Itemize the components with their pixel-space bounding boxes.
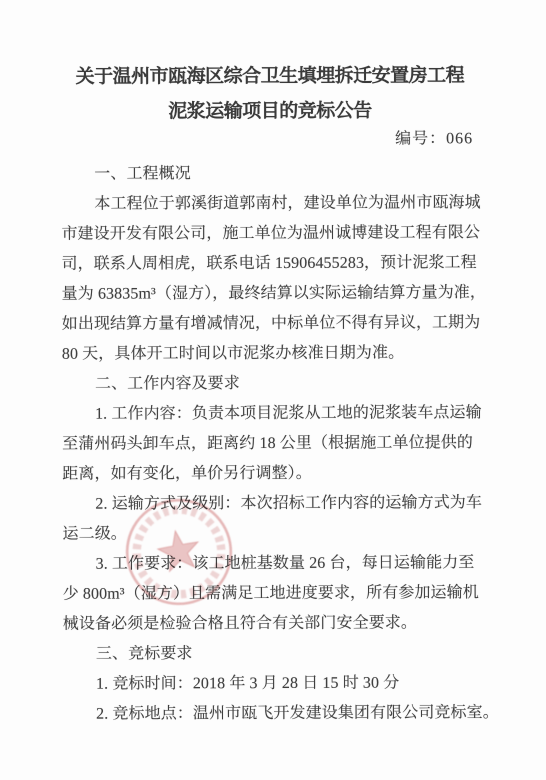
- document-content: 关于温州市瓯海区综合卫生填埋拆迁安置房工程 泥浆运输项目的竞标公告 编号：066…: [61, 63, 481, 729]
- text-line: 少 800m³（湿方）且需满足工地进度要求，所有参加运输机: [63, 578, 481, 609]
- text-line: 市建设开发有限公司，施工单位为温州诚博建设工程有限公: [61, 218, 479, 249]
- text-line: 司，联系人周相虎，联系电话 15906455283，预计泥浆工程: [61, 248, 479, 279]
- red-seal-icon: [115, 488, 242, 615]
- text-line: 械设备必须是检验合格且符合有关部门安全要求。: [63, 608, 481, 639]
- text-line: 量为 63835m³（湿方），最终结算以实际运输结算方量为准，: [62, 278, 480, 309]
- scanned-document-page: 关于温州市瓯海区综合卫生填埋拆迁安置房工程 泥浆运输项目的竞标公告 编号：066…: [0, 0, 546, 780]
- doc-title-line-2: 泥浆运输项目的竞标公告: [61, 98, 479, 125]
- section-1-heading: 一、工程概况: [61, 158, 479, 189]
- doc-number: 编号：066: [61, 128, 479, 151]
- text-line: 如出现结算方量有增减情况，中标单位不得有异议，工期为: [62, 308, 480, 339]
- section-3-heading: 三、竞标要求: [63, 638, 481, 669]
- text-line: 80 天，具体开工时间以市泥浆办核准日期为准。: [62, 338, 480, 369]
- document-body: 一、工程概况 本工程位于郭溪街道郭南村，建设单位为温州市瓯海城 市建设开发有限公…: [61, 158, 481, 729]
- text-line: 2. 竞标地点：温州市瓯飞开发建设集团有限公司竞标室。: [63, 698, 481, 729]
- star-icon: [156, 528, 202, 573]
- doc-title-line-1: 关于温州市瓯海区综合卫生填埋拆迁安置房工程: [61, 63, 479, 90]
- text-line: 至蒲州码头卸车点，距离约 18 公里（根据施工单位提供的: [62, 428, 480, 459]
- text-line: 1. 竞标时间：2018 年 3 月 28 日 15 时 30 分: [63, 668, 481, 699]
- text-line: 1. 工作内容：负责本项目泥浆从工地的泥浆装车点运输: [62, 398, 480, 429]
- text-line: 距离，如有变化，单价另行调整）。: [62, 458, 480, 489]
- section-2-heading: 二、工作内容及要求: [62, 368, 480, 399]
- official-seal-stamp: [115, 488, 242, 615]
- text-line: 本工程位于郭溪街道郭南村，建设单位为温州市瓯海城: [61, 188, 479, 219]
